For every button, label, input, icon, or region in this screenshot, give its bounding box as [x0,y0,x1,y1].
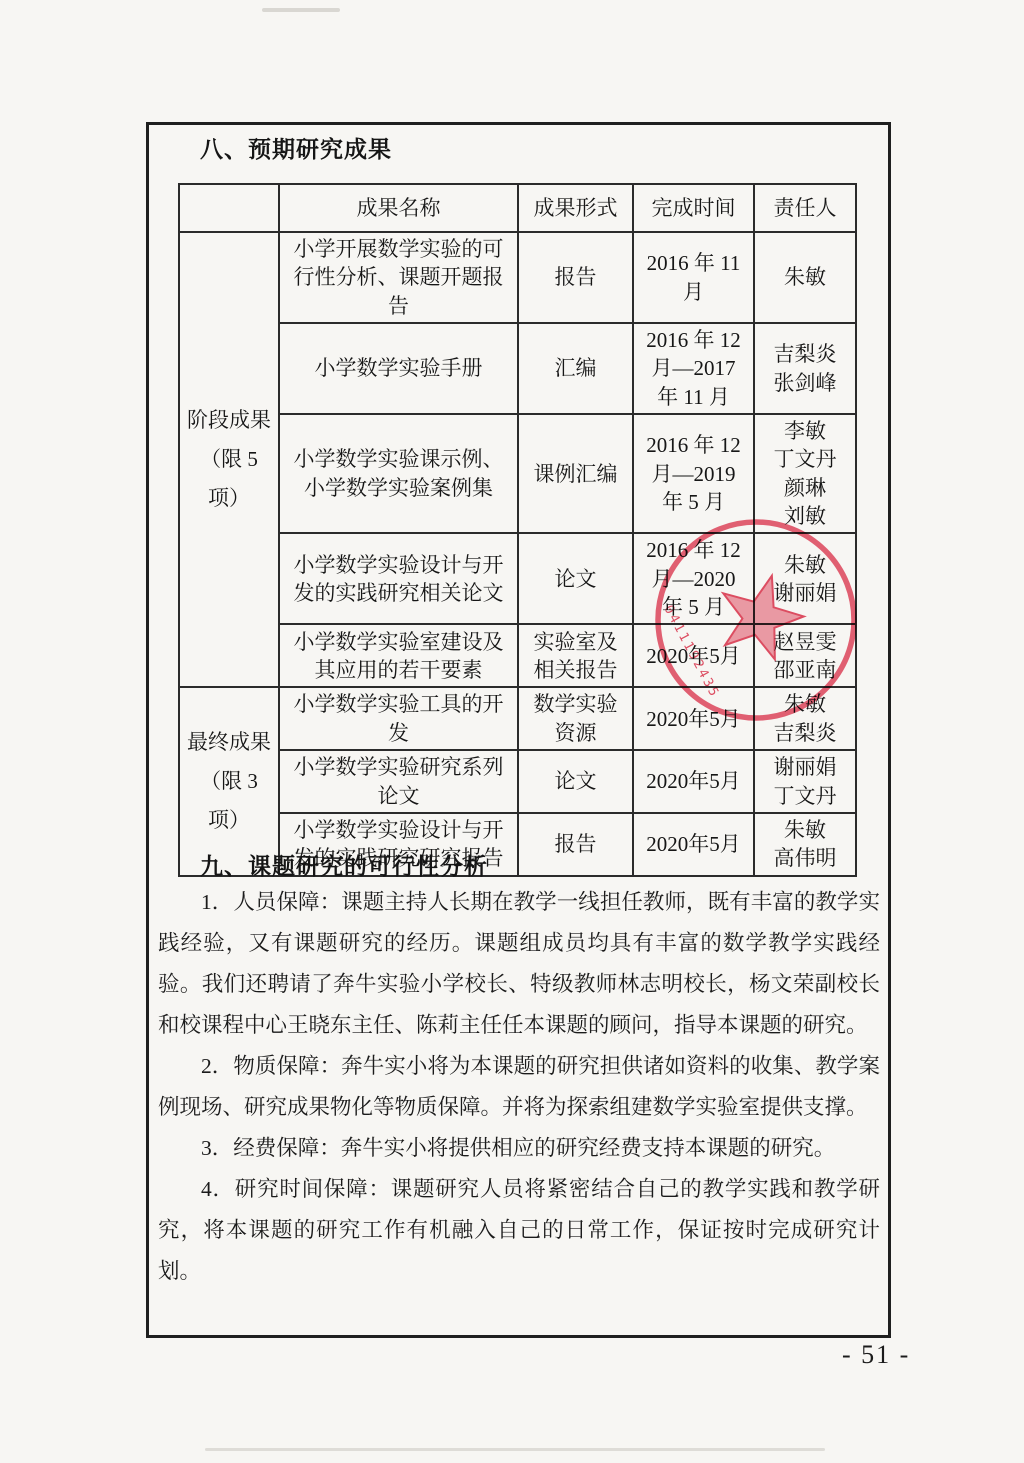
result-owner: 朱敏 高伟明 [754,813,856,876]
paragraph-personnel: 1．人员保障：课题主持人长期在教学一线担任教师，既有丰富的教学实践经验，又有课题… [158,882,880,1046]
scan-artifact [262,8,340,12]
expected-results-table: 成果名称 成果形式 完成时间 责任人 阶段成果 （限 5 项） 小学开展数学实验… [178,183,857,877]
result-time: 2016 年 12 月—2019 年 5 月 [633,414,754,533]
table-row: 小学数学实验设计与开发的实践研究相关论文 论文 2016 年 12 月—2020… [179,533,856,624]
table-row: 阶段成果 （限 5 项） 小学开展数学实验的可行性分析、课题开题报告 报告 20… [179,232,856,323]
feasibility-analysis-text: 1．人员保障：课题主持人长期在教学一线担任教师，既有丰富的教学实践经验，又有课题… [158,882,880,1292]
table-row: 小学数学实验研究系列论文 论文 2020年5月 谢丽娟 丁文丹 [179,750,856,813]
result-name: 小学开展数学实验的可行性分析、课题开题报告 [279,232,518,323]
result-form: 实验室及 相关报告 [518,624,633,687]
result-form: 报告 [518,232,633,323]
table-row: 小学数学实验室建设及其应用的若干要素 实验室及 相关报告 2020年5月 赵昱雯… [179,624,856,687]
page-number: - 51 - [842,1340,910,1370]
result-form: 汇编 [518,323,633,414]
result-name: 小学数学实验工具的开发 [279,687,518,750]
paragraph-time: 4．研究时间保障：课题研究人员将紧密结合自己的教学实践和教学研究，将本课题的研究… [158,1169,880,1292]
result-time: 2016 年 12 月—2017 年 11 月 [633,323,754,414]
result-name: 小学数学实验手册 [279,323,518,414]
result-owner: 李敏 丁文丹 颜琳 刘敏 [754,414,856,533]
result-name: 小学数学实验室建设及其应用的若干要素 [279,624,518,687]
result-form: 报告 [518,813,633,876]
result-owner: 吉梨炎 张剑峰 [754,323,856,414]
result-owner: 朱敏 谢丽娟 [754,533,856,624]
result-owner: 谢丽娟 丁文丹 [754,750,856,813]
group-label-stage: 阶段成果 （限 5 项） [179,232,279,687]
result-name: 小学数学实验课示例、小学数学实验案例集 [279,414,518,533]
result-time: 2020年5月 [633,750,754,813]
result-time: 2020年5月 [633,687,754,750]
section8-title: 八、预期研究成果 [200,131,392,164]
result-time: 2016 年 12 月—2020 年 5 月 [633,533,754,624]
table-row: 小学数学实验手册 汇编 2016 年 12 月—2017 年 11 月 吉梨炎 … [179,323,856,414]
table-row: 小学数学实验课示例、小学数学实验案例集 课例汇编 2016 年 12 月—201… [179,414,856,533]
header-owner: 责任人 [754,184,856,232]
header-form: 成果形式 [518,184,633,232]
result-form: 课例汇编 [518,414,633,533]
paragraph-material: 2．物质保障：奔牛实小将为本课题的研究担供诸如资料的收集、教学案例现场、研究成果… [158,1046,880,1128]
result-time: 2020年5月 [633,813,754,876]
result-form: 论文 [518,533,633,624]
result-form: 数学实验 资源 [518,687,633,750]
table-header-row: 成果名称 成果形式 完成时间 责任人 [179,184,856,232]
header-name: 成果名称 [279,184,518,232]
result-owner: 朱敏 吉梨炎 [754,687,856,750]
result-time: 2016 年 11 月 [633,232,754,323]
result-name: 小学数学实验设计与开发的实践研究相关论文 [279,533,518,624]
result-owner: 朱敏 [754,232,856,323]
header-group [179,184,279,232]
header-time: 完成时间 [633,184,754,232]
paragraph-funding: 3．经费保障：奔牛实小将提供相应的研究经费支持本课题的研究。 [158,1128,880,1169]
result-form: 论文 [518,750,633,813]
section9-title: 九、课题研究的可行性分析 [200,848,488,881]
result-owner: 赵昱雯 邵亚南 [754,624,856,687]
result-time: 2020年5月 [633,624,754,687]
scan-artifact [205,1448,825,1451]
result-name: 小学数学实验研究系列论文 [279,750,518,813]
table-row: 最终成果 （限 3 项） 小学数学实验工具的开发 数学实验 资源 2020年5月… [179,687,856,750]
